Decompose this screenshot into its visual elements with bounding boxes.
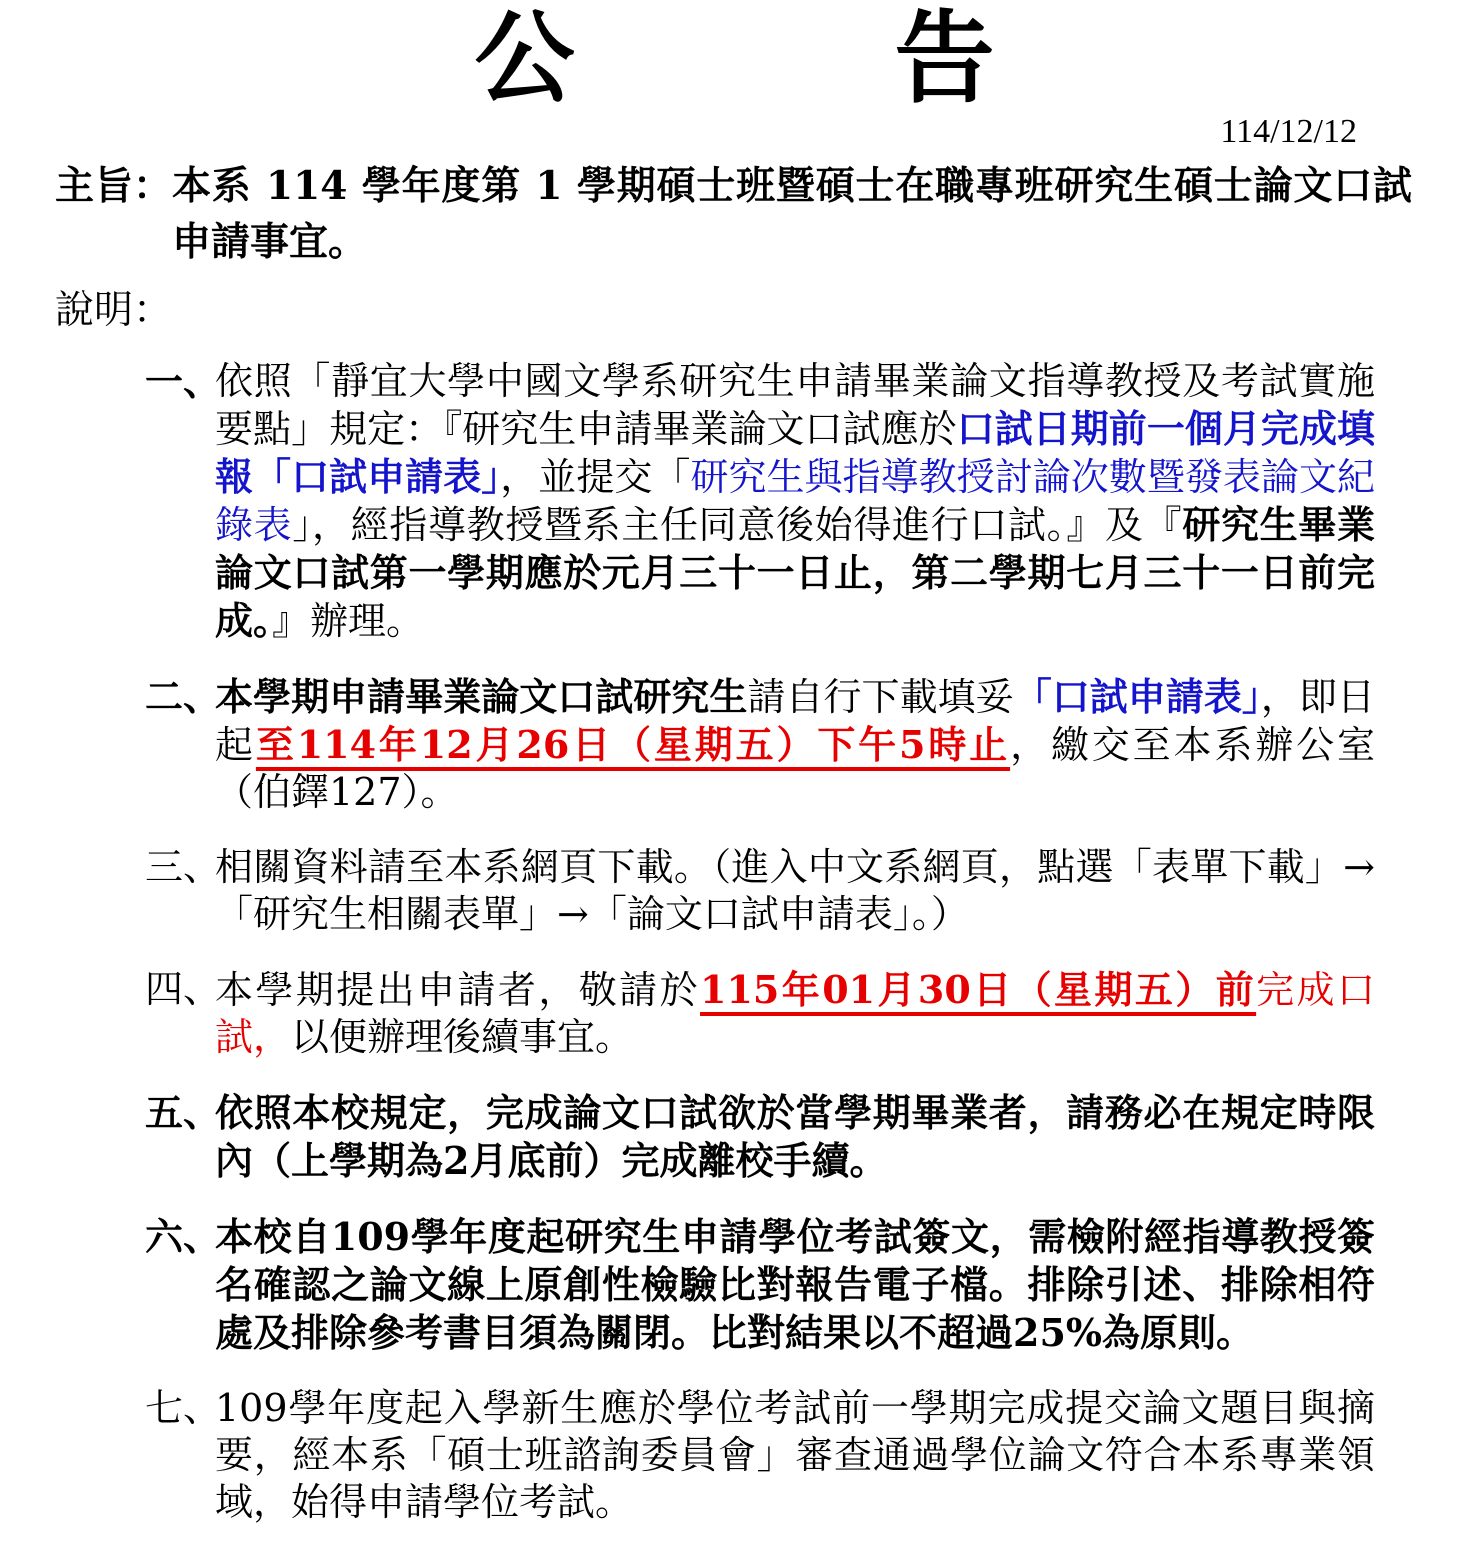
item-number: 四、 (145, 966, 221, 1013)
text-segment: 至114年12月26日（星期五）下午5時止 (256, 722, 1010, 767)
text-segment: 本學期申請畢業論文口試研究生 (215, 674, 747, 719)
item-text: 依照本校規定，完成論文口試欲於當學期畢業者，請務必在規定時限內（上學期為2月底前… (215, 1091, 1375, 1183)
list-item: 四、 本學期提出申請者，敬請於115年01月30日（星期五）前完成口試，以便辦理… (0, 966, 1375, 1061)
text-segment: 115年01月30日（星期五）前 (700, 967, 1256, 1012)
text-segment: ，並提交「 (500, 455, 690, 499)
subject-line: 主旨： 本系 114 學年度第 1 學期碩士班暨碩士在職專班研究生碩士論文口試申… (0, 158, 1412, 270)
list-item: 三、 相關資料請至本系網頁下載。（進入中文系網頁，點選「表單下載」→「研究生相關… (0, 844, 1375, 938)
item-text: 本校自109學年度起研究生申請學位考試簽文，需檢附經指導教授簽名確認之論文線上原… (215, 1215, 1375, 1355)
document-date: 114/12/12 (0, 112, 1469, 152)
list-item: 六、 本校自109學年度起研究生申請學位考試簽文，需檢附經指導教授簽名確認之論文… (0, 1213, 1375, 1357)
text-segment: 相關資料請至本系網頁下載。（進入中文系網頁，點選「表單下載」→「研究生相關表單」… (215, 845, 1375, 936)
text-segment: 依照本校規定，完成論文口試欲於當學期畢業者，請務必在規定時限內（上學期為2月底前… (215, 1090, 1375, 1183)
subject-text: 本系 114 學年度第 1 學期碩士班暨碩士在職專班研究生碩士論文口試申請事宜。 (172, 163, 1412, 265)
explanation-label: 說明： (55, 286, 1469, 336)
item-number: 六、 (145, 1213, 221, 1260)
announcement-document: 公告 114/12/12 主旨： 本系 114 學年度第 1 學期碩士班暨碩士在… (0, 4, 1469, 1565)
item-text: 109學年度起入學新生應於學位考試前一學期完成提交論文題目與摘要，經本系「碩士班… (215, 1386, 1375, 1524)
list-item: 七、 109學年度起入學新生應於學位考試前一學期完成提交論文題目與摘要，經本系「… (0, 1385, 1375, 1526)
text-segment: 本校自109學年度起研究生申請學位考試簽文，需檢附經指導教授簽名確認之論文線上原… (215, 1214, 1375, 1355)
item-number: 一、 (145, 358, 221, 405)
text-segment: 109學年度起入學新生應於學位考試前一學期完成提交論文題目與摘要，經本系「碩士班… (215, 1386, 1375, 1524)
item-text: 依照「靜宜大學中國文學系研究生申請畢業論文指導教授及考試實施要點」規定：『研究生… (215, 359, 1375, 643)
text-segment: 請自行下載填妥 (747, 675, 1013, 719)
text-segment: 』辦理。 (272, 599, 424, 643)
list-item: 一、 依照「靜宜大學中國文學系研究生申請畢業論文指導教授及考試實施要點」規定：『… (0, 358, 1375, 645)
item-text: 本學期申請畢業論文口試研究生請自行下載填妥「口試申請表」，即日起至114年12月… (215, 675, 1375, 814)
item-number: 五、 (145, 1089, 221, 1136)
item-text: 相關資料請至本系網頁下載。（進入中文系網頁，點選「表單下載」→「研究生相關表單」… (215, 845, 1375, 936)
item-text: 本學期提出申請者，敬請於115年01月30日（星期五）前完成口試，以便辦理後續事… (215, 968, 1375, 1059)
text-segment: 以便辦理後續事宜。 (291, 1015, 633, 1059)
page-title: 公告 (475, 4, 995, 112)
text-segment: 本學期提出申請者，敬請於 (215, 968, 700, 1012)
text-segment: 」，經指導教授暨系主任同意後始得進行口試。』及『 (292, 503, 1182, 547)
list-item: 二、 本學期申請畢業論文口試研究生請自行下載填妥「口試申請表」，即日起至114年… (0, 673, 1375, 816)
item-number: 三、 (145, 844, 221, 891)
items-list: 一、 依照「靜宜大學中國文學系研究生申請畢業論文指導教授及考試實施要點」規定：『… (0, 358, 1469, 1526)
list-item: 五、 依照本校規定，完成論文口試欲於當學期畢業者，請務必在規定時限內（上學期為2… (0, 1089, 1375, 1185)
subject-label: 主旨： (55, 158, 172, 214)
item-number: 七、 (145, 1385, 221, 1432)
item-number: 二、 (145, 673, 221, 720)
text-segment: 「口試申請表」 (1014, 674, 1261, 719)
